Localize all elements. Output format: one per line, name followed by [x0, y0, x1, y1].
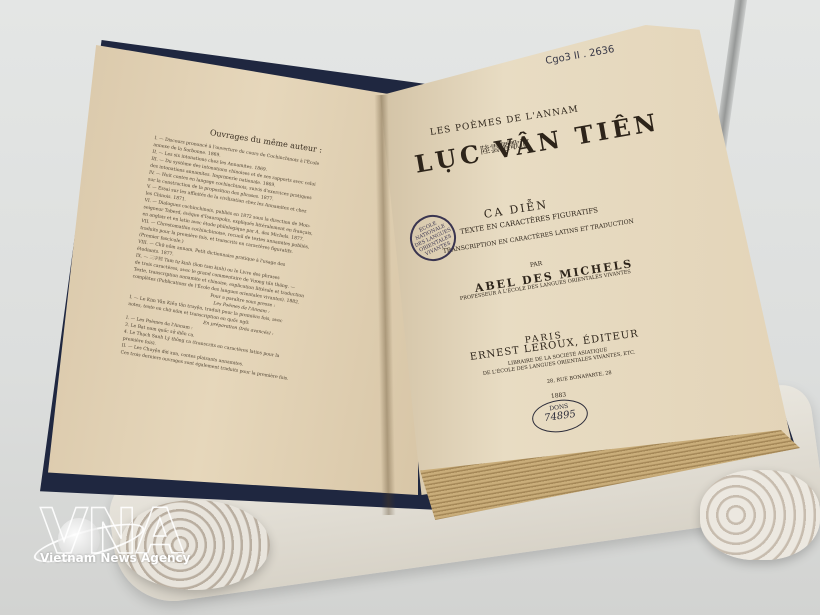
vna-agency-name: Vietnam News Agency [40, 551, 190, 565]
book-photo: Ouvrages du même auteur : I. — Discours … [0, 0, 820, 615]
cloth-roll-right [700, 470, 820, 560]
left-page-body: I. — Discours prononcé à l'ouverture du … [120, 135, 377, 391]
